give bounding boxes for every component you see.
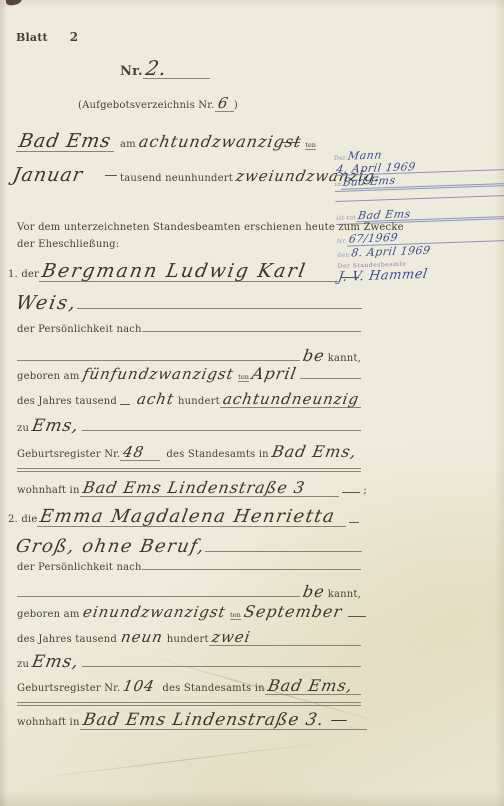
person2-zu-label: zu [17,659,29,670]
person2-year-hand-b: zwei [210,630,251,645]
person1-surname-hand: Weis, [14,294,78,313]
person1-born-month-hand: April [250,366,298,382]
person1-office-label: des Standesamts in [166,449,268,460]
person2-born-label: geboren am [17,609,80,620]
person2-name-row1: 2. die Emma Magdalena Henrietta [8,508,362,536]
stamp-hand-record-date: 8. April 1969 [351,244,432,258]
person1-year-label-b: hundert [178,396,220,407]
person2-given-names-hand: Emma Magdalena Henrietta [39,508,337,526]
person1-birthplace-hand: Ems, [31,418,81,435]
person1-name-row1: 1. der Bergmann Ludwig Karl [8,262,362,292]
person1-office-place-hand: Bad Ems, [270,444,358,460]
am-label: am [120,139,136,150]
person2-birthplace-row: zu Ems, [17,654,361,676]
record-number-line: Nr. 2. [120,58,210,79]
registry-document-page: Blatt 2 Nr. 2. (Aufgebotsverzeichnis Nr.… [0,0,504,806]
person1-identity-row: der Persönlichkeit nach [17,324,361,335]
dateline-month-year: Januar tausend neunhundert zweiundzwanzi… [10,166,346,185]
person2-surname-occupation-hand: Groß, ohne Beruf, [14,538,206,556]
person2-year-hand-a: neun [120,630,165,645]
nr-label: Nr. [120,64,143,79]
person1-birthyear-row: des Jahres tausend acht hundert achtundn… [17,392,361,416]
person2-identity-label: der Persönlichkeit nach [17,562,142,573]
person2-day-suffix: ten [230,611,241,620]
person1-known-printed: kannt, [328,353,361,364]
record-number-hand: 2. [144,58,169,78]
person1-residence-label: wohnhaft in [17,485,80,496]
person2-year-label-a: des Jahres tausend [17,634,117,645]
person1-birthplace-row: zu Ems, [17,418,361,440]
person1-residence-end: ; [363,485,367,496]
person1-register-label: Geburtsregister Nr. [17,449,120,460]
person2-residence-row: wohnhaft in Bad Ems Lindenstraße 3. — [17,712,367,738]
dateline-place-hand: Bad Ems [17,132,112,151]
person2-birthdate-row: geboren am einundzwanzigst ten September [17,604,361,628]
stamp-frag-tot: ist tot [336,214,356,222]
person1-name-row2: Weis, [16,294,362,318]
dateline-day-hand: achtundzwanzigst [137,134,302,150]
banns-register-line: (Aufgebotsverzeichnis Nr. 6 ) [78,96,238,112]
person2-residence-hand: Bad Ems Lindenstraße 3. — [81,712,349,729]
person2-known-row: be kannt, [17,584,361,604]
dateline-place-day: Bad Ems am achtundzwanzigst ten [16,132,316,152]
sheet-number-line: Blatt 2 [16,30,78,44]
stamp-frag-den: den [337,251,349,258]
person2-register-no-hand: 104 [122,679,156,694]
year-printed-label: tausend neunhundert [120,173,233,184]
person2-identity-row: der Persönlichkeit nach [17,562,361,573]
stamp-frag-nr: Nr. [337,238,348,245]
person2-birthyear-row: des Jahres tausend neun hundert zwei [17,630,361,654]
person2-known-hand: be [302,584,327,600]
sheet-number: 2 [70,30,79,44]
intro-text1: Vor dem unterzeichneten Standesbeamten e… [17,222,404,233]
person1-year-label-a: des Jahres tausend [17,396,117,407]
stamp-hand-place2: Bad Ems [357,208,411,221]
person1-index: 1. der [8,269,39,280]
sheet-label: Blatt [16,31,48,44]
paper-crease [31,742,329,780]
person1-birthdate-row: geboren am fünfundzwanzigst ten April [17,366,361,390]
stamp-frag-der: Der [334,155,346,162]
person1-day-suffix: ten [238,373,249,382]
day-suffix: ten [305,141,316,150]
dateline-month-hand: Januar [11,166,84,185]
person1-year-hand-b: achtundneunzig [222,392,361,407]
stamp-hand-death-date: 4. April 1969 [336,161,417,175]
person1-born-label: geboren am [17,371,80,382]
person1-residence-row: wohnhaft in Bad Ems Lindenstraße 3 ; [17,480,367,504]
person1-year-hand-a: acht [136,392,176,407]
person2-year-label-b: hundert [167,634,209,645]
person1-register-no-hand: 48 [122,445,146,460]
person2-residence-label: wohnhaft in [17,717,80,728]
person1-register-row: Geburtsregister Nr. 48 des Standesamts i… [17,444,361,466]
banns-label: (Aufgebotsverzeichnis Nr. [78,100,215,111]
stamp-hand-register-no: 67/1969 [348,232,399,245]
person2-register-row: Geburtsregister Nr. 104 des Standesamts … [17,678,361,700]
separator-rule [17,702,361,706]
banns-number-hand: 6 [216,96,229,111]
person2-born-month-hand: September [242,604,343,620]
banns-close: ) [234,100,238,111]
person1-born-day-hand: fünfundzwanzigst [81,367,234,382]
person2-birthplace-hand: Ems, [31,654,81,671]
intro-line2: der Eheschließung: [17,239,119,250]
stamp-hand-mann: Mann [347,149,383,162]
person2-office-label: des Standesamts in [162,683,264,694]
person1-occupation-name-hand: Bergmann Ludwig Karl [40,262,308,281]
stamp-signature-row: J. V. Hammel [338,265,504,285]
stamp-hand-place1: Bad Ems [342,175,396,188]
person1-zu-label: zu [17,423,29,434]
person2-register-label: Geburtsregister Nr. [17,683,120,694]
person2-office-place-hand: Bad Ems, [266,678,354,694]
intro-text2: der Eheschließung: [17,239,119,250]
person2-known-printed: kannt, [328,589,361,600]
person2-born-day-hand: einundzwanzigst [81,605,226,620]
intro-line1: Vor dem unterzeichneten Standesbeamten e… [17,222,404,233]
person2-name-row2: Groß, ohne Beruf, [16,538,362,562]
person2-index: 2. die [8,514,37,525]
page-corner-stain [6,0,23,6]
separator-rule [17,468,361,472]
person1-residence-hand: Bad Ems Lindenstraße 3 [81,480,306,496]
person1-identity-label: der Persönlichkeit nach [17,324,142,335]
person1-known-hand: be [302,348,327,364]
